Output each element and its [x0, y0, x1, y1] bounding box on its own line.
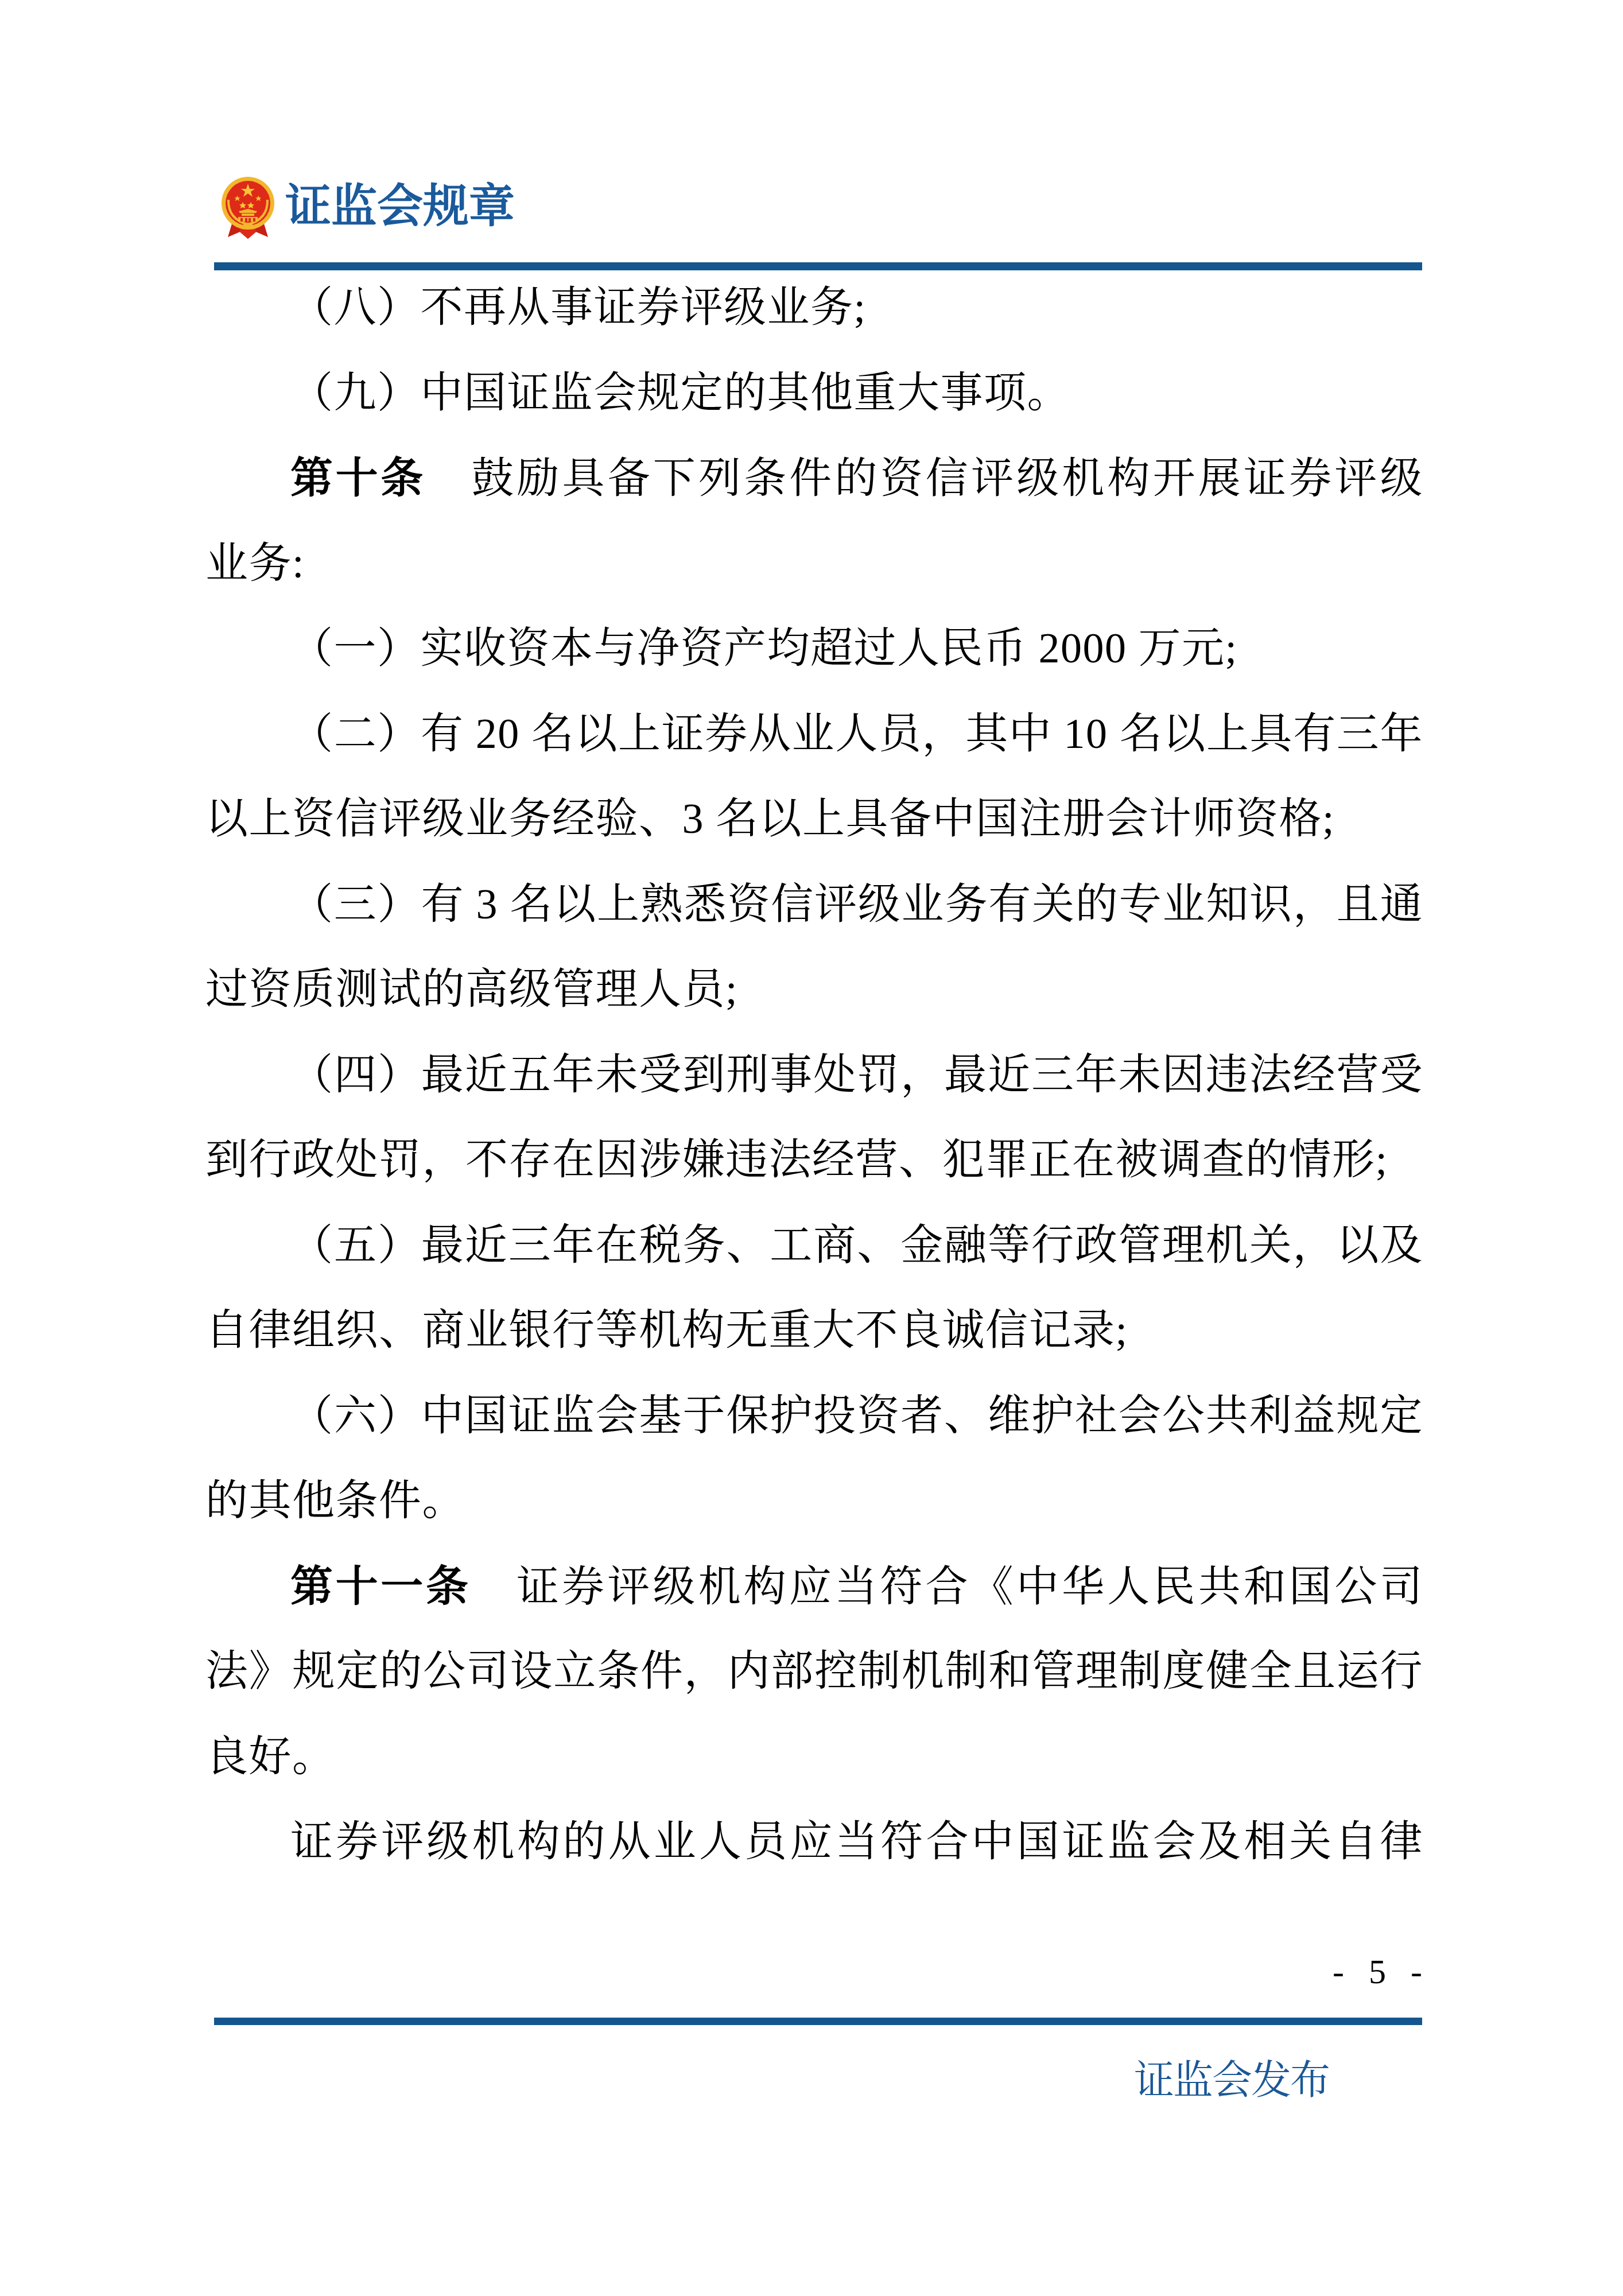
article-number: 第十条: [290, 454, 426, 502]
body-line: 到行政处罚，不存在因涉嫌违法经营、犯罪正在被调查的情形;: [205, 1118, 1423, 1203]
body-line: 证券评级机构的从业人员应当符合中国证监会及相关自律: [205, 1799, 1423, 1885]
page-number: - 5 -: [205, 1952, 1423, 1992]
body-line: 第十一条 证券评级机构应当符合《中华人民共和国公司: [205, 1544, 1423, 1630]
body-line: （五）最近三年在税务、工商、金融等行政管理机关，以及: [205, 1203, 1423, 1289]
body-line: 以上资信评级业务经验、3 名以上具备中国注册会计师资格;: [205, 777, 1423, 862]
body-line: 过资质测试的高级管理人员;: [205, 947, 1423, 1033]
footer-rule: [214, 2018, 1422, 2025]
body-line: 良好。: [205, 1715, 1423, 1800]
body-line: （二）有 20 名以上证券从业人员，其中 10 名以上具有三年: [205, 692, 1423, 777]
body-line: 法》规定的公司设立条件，内部控制机制和管理制度健全且运行: [205, 1629, 1423, 1715]
body-line: 的其他条件。: [205, 1459, 1423, 1544]
body-line: （九）中国证监会规定的其他重大事项。: [205, 351, 1423, 436]
body-line: （四）最近五年未受到刑事处罚，最近三年未因违法经营受: [205, 1033, 1423, 1118]
body-line: （三）有 3 名以上熟悉资信评级业务有关的专业知识，且通: [205, 862, 1423, 948]
body-line: （六）中国证监会基于保护投资者、维护社会公共利益规定: [205, 1374, 1423, 1459]
body-line: （八）不再从事证券评级业务;: [205, 265, 1423, 351]
header-title: 证监会规章: [285, 180, 515, 233]
document-page: 证监会规章 （八）不再从事证券评级业务;（九）中国证监会规定的其他重大事项。第十…: [0, 0, 1623, 2296]
article-number: 第十一条: [290, 1562, 471, 1610]
body-line: （一）实收资本与净资产均超过人民币 2000 万元;: [205, 606, 1423, 692]
body-line: 业务:: [205, 521, 1423, 607]
publisher-label: 证监会发布: [1134, 2057, 1329, 2105]
body-line: 第十条 鼓励具备下列条件的资信评级机构开展证券评级: [205, 436, 1423, 521]
document-body: （八）不再从事证券评级业务;（九）中国证监会规定的其他重大事项。第十条 鼓励具备…: [205, 265, 1423, 1885]
prc-national-emblem-icon: [221, 176, 275, 240]
body-line: 自律组织、商业银行等机构无重大不良诚信记录;: [205, 1288, 1423, 1374]
